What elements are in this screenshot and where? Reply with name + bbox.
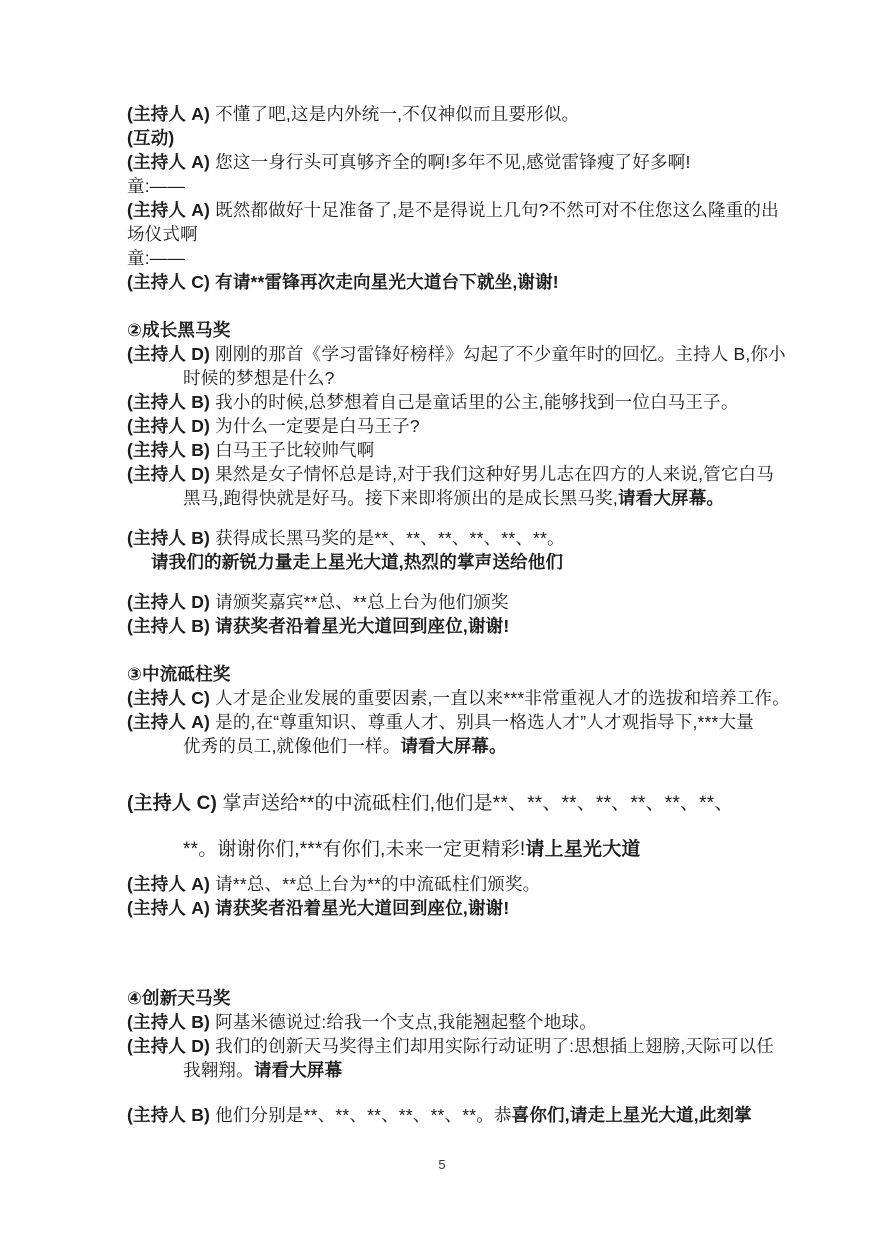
bold-text: (主持人 C) bbox=[127, 793, 217, 814]
dialogue-continuation: **。谢谢你们,***有你们,未来一定更精彩!请上星光大道 bbox=[127, 838, 777, 862]
script-lines: (主持人 A) 不懂了吧,这是内外统一,不仅神似而且要形似。(互动)(主持人 A… bbox=[127, 102, 777, 1127]
dialogue-continuation: 时候的梦想是什么? bbox=[127, 366, 777, 390]
dialogue-line: (主持人 A) 既然都做好十足准备了,是不是得说上几句?不然可对不住您这么隆重的… bbox=[127, 198, 777, 222]
bold-text: (主持人 A) bbox=[127, 200, 210, 220]
bold-text: 请看大屏幕。 bbox=[400, 736, 506, 756]
dialogue-line: (主持人 A) 您这一身行头可真够齐全的啊!多年不见,感觉雷锋瘦了好多啊! bbox=[127, 150, 777, 174]
bold-text: (主持人 D) bbox=[127, 1036, 210, 1056]
dialogue-line: (主持人 C) 人才是企业发展的重要因素,一直以来***非常重视人才的选拔和培养… bbox=[127, 686, 777, 710]
body-text: 优秀的员工,就像他们一样。 bbox=[183, 736, 400, 756]
dialogue-line: (主持人 D) 请颁奖嘉宾**总、**总上台为他们颁奖 bbox=[127, 590, 777, 614]
body-text: 既然都做好十足准备了,是不是得说上几句?不然可对不住您这么隆重的出 bbox=[210, 200, 779, 220]
document-page: (主持人 A) 不懂了吧,这是内外统一,不仅神似而且要形似。(互动)(主持人 A… bbox=[0, 0, 884, 1250]
body-text: 我小的时候,总梦想着自己是童话里的公主,能够找到一位白马王子。 bbox=[210, 392, 738, 412]
bold-text: (主持人 B) bbox=[127, 392, 210, 412]
body-text: 他们分别是**、**、**、**、**、**。恭 bbox=[210, 1105, 512, 1125]
dialogue-line: (主持人 B) 白马王子比较帅气啊 bbox=[127, 438, 777, 462]
bold-text: (互动) bbox=[127, 128, 174, 148]
dialogue-line: (主持人 B) 他们分别是**、**、**、**、**、**。恭喜你们,请走上星… bbox=[127, 1103, 777, 1127]
bold-text: 喜你们,请走上星光大道,此刻掌 bbox=[512, 1105, 752, 1125]
body-text: 您这一身行头可真够齐全的啊!多年不见,感觉雷锋瘦了好多啊! bbox=[210, 152, 690, 172]
dialogue-line: (主持人 A) 请**总、**总上台为**的中流砥柱们颁奖。 bbox=[127, 872, 777, 896]
dialogue-line: (主持人 D) 刚刚的那首《学习雷锋好榜样》勾起了不少童年时的回忆。主持人 B,… bbox=[127, 342, 777, 366]
dialogue-line: (主持人 B) 我小的时候,总梦想着自己是童话里的公主,能够找到一位白马王子。 bbox=[127, 390, 777, 414]
bold-text: ②成长黑马奖 bbox=[127, 320, 231, 340]
bold-text: (主持人 A) bbox=[127, 874, 210, 894]
dialogue-line: (主持人 B) 阿基米德说过:给我一个支点,我能翘起整个地球。 bbox=[127, 1010, 777, 1034]
body-text: 是的,在“尊重知识、尊重人才、别具一格选人才”人才观指导下,***大量 bbox=[210, 712, 754, 732]
dialogue-continuation: 请我们的新锐力量走上星光大道,热烈的掌声送给他们 bbox=[127, 550, 777, 574]
bold-text: ④创新天马奖 bbox=[127, 988, 231, 1008]
bold-text: 请看大屏幕。 bbox=[618, 488, 724, 508]
dialogue-line: (主持人 C) 有请**雷锋再次走向星光大道台下就坐,谢谢! bbox=[127, 270, 777, 294]
body-text: 掌声送给**的中流砥柱们,他们是**、**、**、**、**、**、**、 bbox=[217, 793, 733, 814]
body-text: 场仪式啊 bbox=[127, 224, 198, 244]
dialogue-line: (主持人 D) 果然是女子情怀总是诗,对于我们这种好男儿志在四方的人来说,管它白… bbox=[127, 462, 777, 486]
bold-text: 有请**雷锋再次走向星光大道台下就坐,谢谢! bbox=[210, 272, 559, 292]
bold-text: 请获奖者沿着星光大道回到座位,谢谢! bbox=[210, 616, 509, 636]
bold-text: (主持人 D) bbox=[127, 464, 210, 484]
dialogue-line: (主持人 D) 为什么一定要是白马王子? bbox=[127, 414, 777, 438]
body-text: 为什么一定要是白马王子? bbox=[210, 416, 420, 436]
dialogue-line: (主持人 A) 不懂了吧,这是内外统一,不仅神似而且要形似。 bbox=[127, 102, 777, 126]
body-text: 我们的创新天马奖得主们却用实际行动证明了:思想插上翅膀,天际可以任 bbox=[210, 1036, 774, 1056]
body-text: 童:—— bbox=[127, 248, 185, 268]
bold-text: 请我们的新锐力量走上星光大道,热烈的掌声送给他们 bbox=[151, 552, 563, 572]
dialogue-continuation: 黑马,跑得快就是好马。接下来即将颁出的是成长黑马奖,请看大屏幕。 bbox=[127, 486, 777, 510]
dialogue-line: (主持人 C) 掌声送给**的中流砥柱们,他们是**、**、**、**、**、*… bbox=[127, 792, 777, 816]
body-text: 人才是企业发展的重要因素,一直以来***非常重视人才的选拔和培养工作。 bbox=[210, 688, 790, 708]
dialogue-line: 童:—— bbox=[127, 246, 777, 270]
bold-text: (主持人 D) bbox=[127, 592, 210, 612]
bold-text: (主持人 A) bbox=[127, 104, 210, 124]
dialogue-continuation: 场仪式啊 bbox=[127, 222, 777, 246]
section-heading: ③中流砥柱奖 bbox=[127, 662, 777, 686]
bold-text: (主持人 B) bbox=[127, 1105, 210, 1125]
bold-text: (主持人 D) bbox=[127, 344, 210, 364]
body-text: 不懂了吧,这是内外统一,不仅神似而且要形似。 bbox=[210, 104, 579, 124]
body-text: 童:—— bbox=[127, 176, 185, 196]
stage-direction: (互动) bbox=[127, 126, 777, 150]
dialogue-line: (主持人 A) 请获奖者沿着星光大道回到座位,谢谢! bbox=[127, 896, 777, 920]
section-heading: ④创新天马奖 bbox=[127, 986, 777, 1010]
bold-text: (主持人 B) bbox=[127, 1012, 210, 1032]
body-text: 请颁奖嘉宾**总、**总上台为他们颁奖 bbox=[210, 592, 509, 612]
bold-text: ③中流砥柱奖 bbox=[127, 664, 231, 684]
bold-text: (主持人 A) bbox=[127, 152, 210, 172]
dialogue-line: (主持人 B) 获得成长黑马奖的是**、**、**、**、**、**。 bbox=[127, 526, 777, 550]
body-text: 我翱翔。 bbox=[183, 1060, 254, 1080]
page-number: 5 bbox=[0, 1155, 884, 1175]
bold-text: (主持人 B) bbox=[127, 440, 210, 460]
dialogue-line: (主持人 B) 请获奖者沿着星光大道回到座位,谢谢! bbox=[127, 614, 777, 638]
dialogue-continuation: 优秀的员工,就像他们一样。请看大屏幕。 bbox=[127, 734, 777, 758]
body-text: 请**总、**总上台为**的中流砥柱们颁奖。 bbox=[210, 874, 540, 894]
body-text: 阿基米德说过:给我一个支点,我能翘起整个地球。 bbox=[210, 1012, 597, 1032]
bold-text: (主持人 D) bbox=[127, 416, 210, 436]
section-heading: ②成长黑马奖 bbox=[127, 318, 777, 342]
body-text: **。谢谢你们,***有你们,未来一定更精彩! bbox=[183, 839, 525, 860]
bold-text: (主持人 B) bbox=[127, 528, 210, 548]
body-text: 时候的梦想是什么? bbox=[183, 368, 335, 388]
bold-text: 请获奖者沿着星光大道回到座位,谢谢! bbox=[210, 898, 509, 918]
body-text: 果然是女子情怀总是诗,对于我们这种好男儿志在四方的人来说,管它白马 bbox=[210, 464, 774, 484]
bold-text: (主持人 A) bbox=[127, 898, 210, 918]
bold-text: (主持人 B) bbox=[127, 616, 210, 636]
bold-text: 请看大屏幕 bbox=[254, 1060, 343, 1080]
body-text: 黑马,跑得快就是好马。接下来即将颁出的是成长黑马奖, bbox=[183, 488, 618, 508]
bold-text: (主持人 A) bbox=[127, 712, 210, 732]
body-text: 白马王子比较帅气啊 bbox=[210, 440, 374, 460]
bold-text: 请上星光大道 bbox=[525, 839, 640, 860]
dialogue-continuation: 我翱翔。请看大屏幕 bbox=[127, 1058, 777, 1082]
dialogue-line: (主持人 A) 是的,在“尊重知识、尊重人才、别具一格选人才”人才观指导下,**… bbox=[127, 710, 777, 734]
body-text: 刚刚的那首《学习雷锋好榜样》勾起了不少童年时的回忆。主持人 B,你小 bbox=[210, 344, 786, 364]
bold-text: (主持人 C) bbox=[127, 272, 210, 292]
dialogue-line: (主持人 D) 我们的创新天马奖得主们却用实际行动证明了:思想插上翅膀,天际可以… bbox=[127, 1034, 777, 1058]
dialogue-line: 童:—— bbox=[127, 174, 777, 198]
bold-text: (主持人 C) bbox=[127, 688, 210, 708]
body-text: 获得成长黑马奖的是**、**、**、**、**、**。 bbox=[210, 528, 565, 548]
